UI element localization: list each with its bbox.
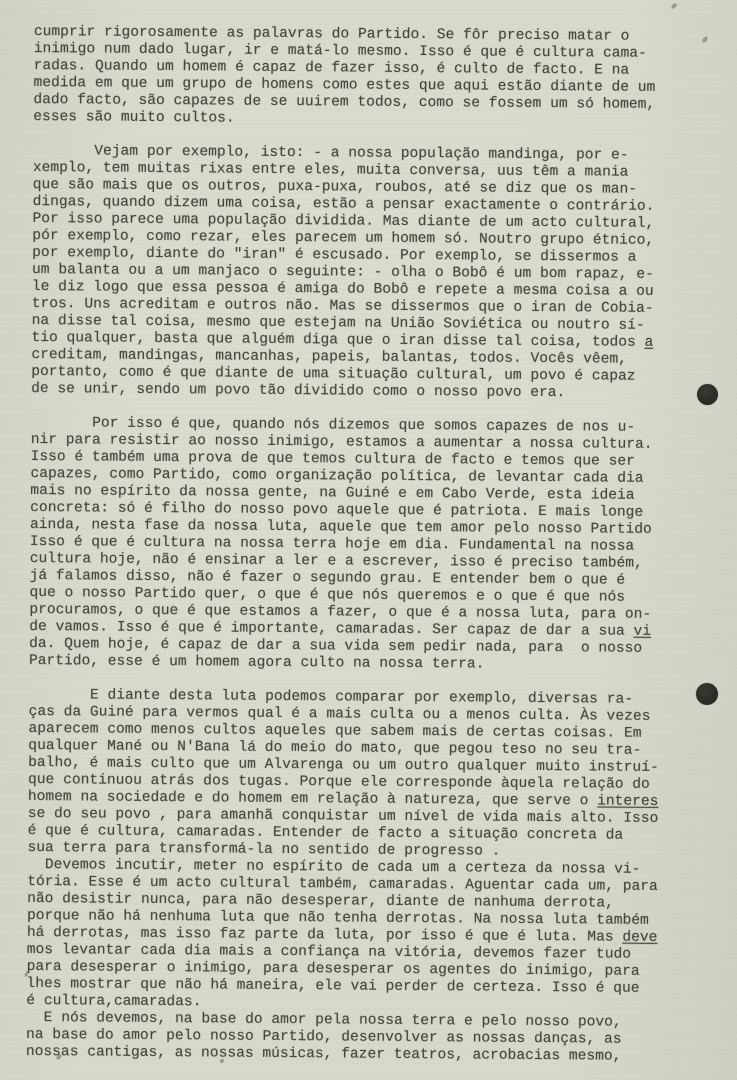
scan-speck — [220, 1059, 225, 1064]
scan-speck — [671, 2, 678, 9]
scan-speck — [702, 35, 709, 43]
document-page: cumprir rigorosamente as palavras do Par… — [0, 0, 737, 1080]
paragraph: E diante desta luta podemos comparar por… — [27, 687, 659, 862]
paragraph: Devemos incutir, meter no espírito de ca… — [26, 857, 658, 1015]
text-line: nossas cantigas, as nossas músicas, faze… — [26, 1044, 657, 1066]
margin-dot — [696, 683, 718, 705]
paragraph: E nós devemos, na base do amor pela noss… — [26, 1010, 657, 1066]
paragraph: Vejam por exemplo, isto: - a nossa popul… — [31, 143, 664, 403]
paragraph: Por isso é que, quando nós dizemos que s… — [29, 415, 662, 675]
typewritten-text: cumprir rigorosamente as palavras do Par… — [26, 24, 665, 1066]
margin-dot — [697, 384, 718, 405]
paragraph: cumprir rigorosamente as palavras do Par… — [33, 24, 664, 131]
